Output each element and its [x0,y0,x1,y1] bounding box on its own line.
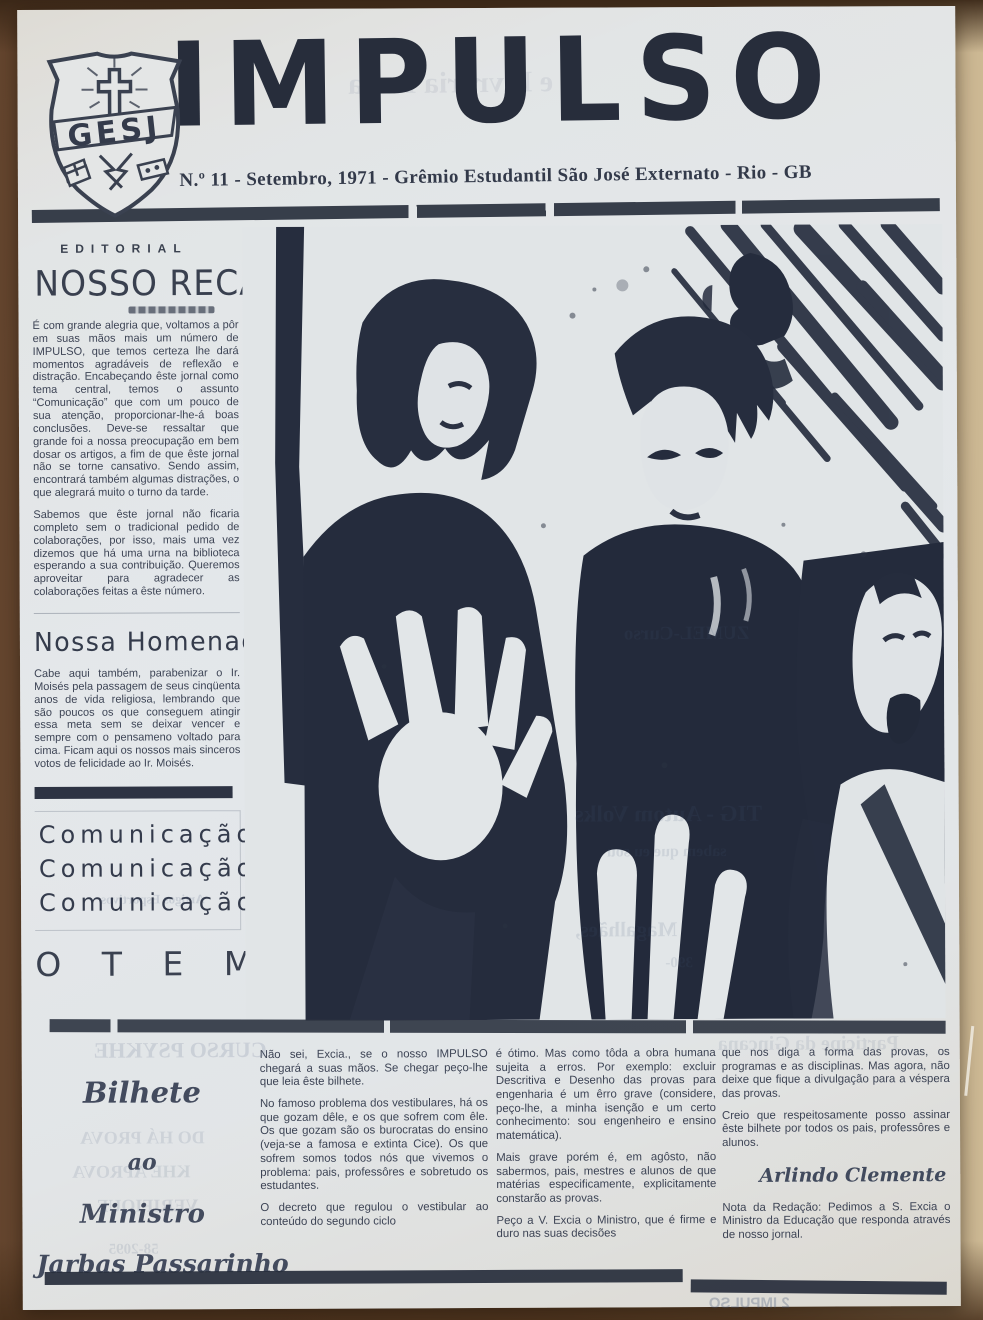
newspaper-title: IMPULSO [167,18,958,145]
bilhete-paragraph: Não sei, Excia., se o nosso IMPULSO cheg… [260,1048,488,1090]
bilhete-column-1: Não sei, Excia., se o nosso IMPULSO cheg… [260,1048,489,1237]
bilhete-column-3: que nos diga a forma das provas, os prog… [722,1046,951,1251]
homage-body: Cabe aqui também, parabenizar o Ir. Mois… [34,667,240,771]
bilhete-line: Ministro [36,1199,248,1230]
masthead: e Livraria Italia IMPULSO N.º 11 - Setem… [17,2,955,14]
signature: Arlindo Clemente [722,1164,946,1188]
bilhete-paragraph: No famoso problema dos vestibulares, há … [260,1097,488,1194]
newspaper-page: e Livraria Italia IMPULSO N.º 11 - Setem… [17,6,961,1310]
editorial-column: EDITORIAL NOSSO RECADO É com grande aleg… [32,231,241,984]
comunicacao-block: Artigos Esportivos Comunicação Comunicaç… [35,810,242,931]
crossed-out-byline [128,306,214,313]
comunicacao-line: Comunicação [39,851,236,886]
bilhete-line: Bilhete [36,1075,248,1110]
right-figure [786,542,945,1019]
section-rule [50,1019,946,1034]
bilhete-heading-block: Bilhete ao Ministro Jarbas Passarinho [36,1057,249,1279]
editorial-paragraph: Sabemos que êste jornal não ficaria comp… [33,508,239,599]
editorial-paragraph: É com grande alegria que, voltamos a pôr… [33,319,240,500]
bottom-rule [691,1279,947,1294]
bilhete-paragraph: que nos diga a forma das provas, os prog… [722,1046,950,1102]
shield-icon: GESJ [39,49,190,222]
gesj-crest-logo: GESJ [39,49,190,222]
section-divider-bar [35,786,233,799]
bleed-through-page-number: 2 IMPULSO [709,1295,790,1312]
homage-title: Nossa Homenagem [34,627,234,658]
bilhete-paragraph: O decreto que regulou o vestibular ao co… [260,1201,488,1229]
bottom-rule [45,1269,683,1285]
comunicacao-line: Comunicação [39,885,236,920]
editor-note: Nota da Redação: Pedimos a S. Excia o Mi… [722,1201,950,1243]
bilhete-column-2: é ótimo. Mas como tôda a obra humana suj… [496,1047,717,1250]
bilhete-line: ao [36,1149,248,1176]
editorial-kicker: EDITORIAL [60,241,238,256]
issue-date-line: N.º 11 - Setembro, 1971 - Grêmio Estudan… [179,160,949,192]
editorial-headline: NOSSO RECADO [34,262,238,304]
halftone-photo-illustration [242,224,945,1021]
tema-title: O T E M A [35,944,241,984]
comunicacao-line: Comunicação [39,817,236,852]
homage-section: Nossa Homenagem Cabe aqui também, parabe… [34,612,241,799]
photographed-newspaper-scene: e Livraria Italia IMPULSO N.º 11 - Setem… [0,0,983,1320]
bilhete-paragraph: Mais grave porém é, em agôsto, não saber… [496,1151,716,1207]
protest-photo: ZUMEL-Curso TIG - Autom Volks sabem que … [242,224,945,1021]
bilhete-paragraph: Creio que respeitosamente posso assinar … [722,1109,950,1151]
bilhete-paragraph: é ótimo. Mas como tôda a obra humana suj… [496,1047,716,1144]
paper-scratch [964,1026,974,1096]
bilhete-paragraph: Peço a V. Excia o Ministro, que é firme … [496,1214,716,1242]
